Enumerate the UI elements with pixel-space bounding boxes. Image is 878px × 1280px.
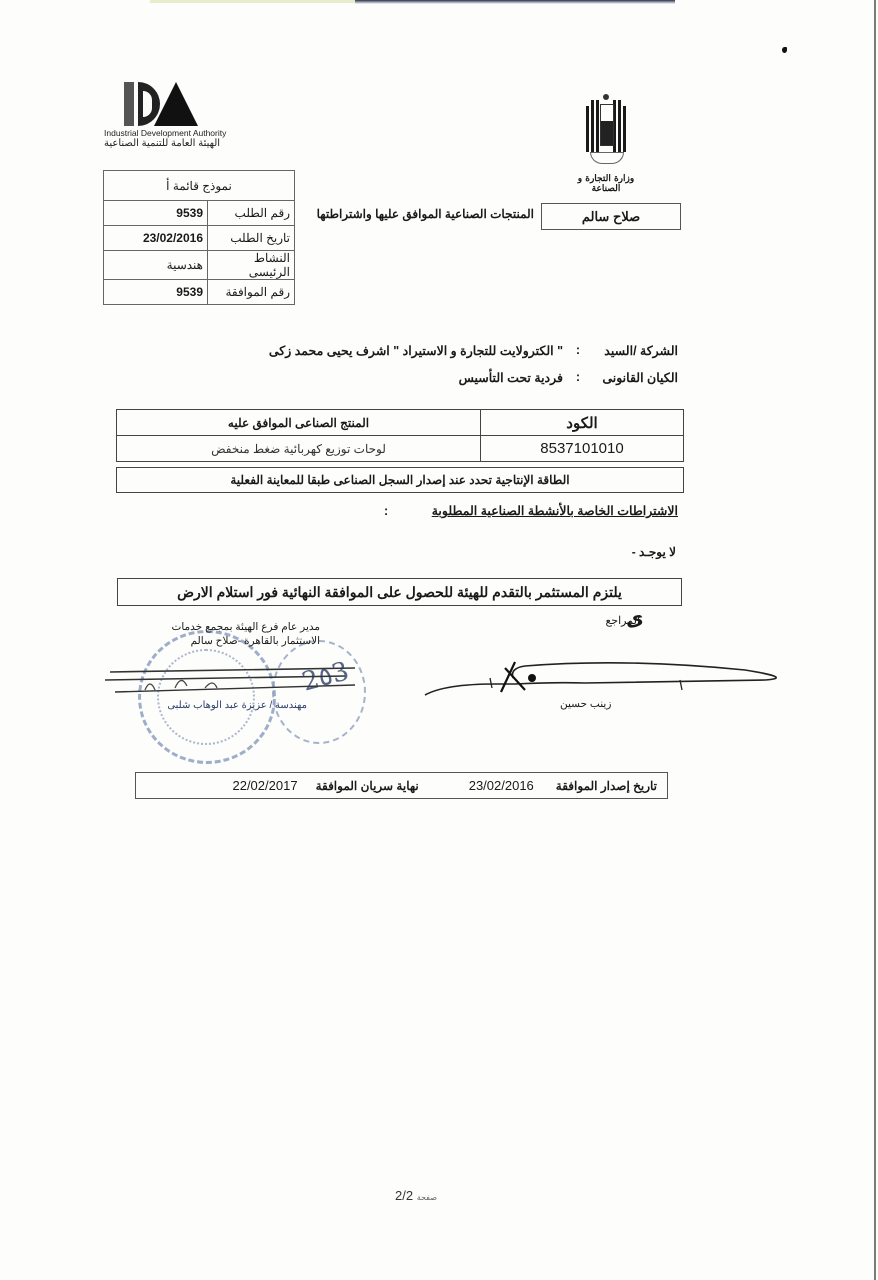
reviewer-name: زينب حسين [560,698,611,710]
company-colon: : [563,343,593,358]
ida-arabic-name: الهيئة العامة للتنمية الصناعية [104,138,229,149]
legal-entity-value: فردية تحت التأسيس [459,370,563,385]
code-header: الكود [481,410,684,436]
table-row: 9539 رقم الموافقة [104,280,295,305]
page-number-value: 2/2 [395,1188,413,1203]
special-conditions-colon: : [384,504,388,518]
form-info-table: نموذج قائمة أ 9539 رقم الطلب 23/02/2016 … [103,170,295,305]
request-date-value: 23/02/2016 [104,226,208,251]
document-heading: المنتجات الصناعية الموافق عليها واشتراطت… [306,207,534,221]
scan-speck [782,47,787,53]
signature-strokes [105,650,785,720]
main-activity-label: النشاط الرئيسى [208,251,295,280]
ministry-name: وزارة التجارة و الصناعة [576,174,636,194]
ministry-emblem: وزارة التجارة و الصناعة [576,86,636,191]
expiry-date-value: 22/02/2017 [232,778,297,793]
page-word: صفحة [417,1193,437,1202]
product-code: 8537101010 [481,436,684,462]
company-value: " الكترولايت للتجارة و الاستيراد " اشرف … [269,343,563,358]
request-number-value: 9539 [104,201,208,226]
expiry-date-label: نهاية سريان الموافقة [316,779,419,793]
issue-date-label: تاريخ إصدار الموافقة [556,779,657,793]
legal-entity-colon: : [563,370,593,385]
branch-name-box: صلاح سالم [541,203,681,230]
form-title: نموذج قائمة أ [104,171,295,201]
obligation-note: يلتزم المستثمر بالتقدم للهيئة للحصول على… [117,578,682,606]
ida-logo: Industrial Development Authority الهيئة … [104,76,234,156]
special-conditions-label: الاشتراطات الخاصة بالأنشطة الصناعية المط… [432,504,678,518]
eagle-icon [584,94,628,168]
request-date-label: تاريخ الطلب [208,226,295,251]
ida-english-name: Industrial Development Authority [104,128,226,138]
legal-entity-row: الكيان القانونى : فردية تحت التأسيس [459,370,678,385]
approval-dates-box: تاريخ إصدار الموافقة 23/02/2016 نهاية سر… [135,772,668,799]
table-row: 23/02/2016 تاريخ الطلب [104,226,295,251]
approval-number-label: رقم الموافقة [208,280,295,305]
company-row: الشركة /السيد : " الكترولايت للتجارة و ا… [269,343,678,358]
approved-products-table: الكود المنتج الصناعى الموافق عليه 853710… [116,409,684,462]
company-label: الشركة /السيد [593,343,678,358]
scan-edge-right [874,0,876,1280]
table-row: هندسية النشاط الرئيسى [104,251,295,280]
page-number: صفحة 2/2 [395,1188,441,1203]
special-conditions: الاشتراطات الخاصة بالأنشطة الصناعية المط… [384,503,678,518]
product-header: المنتج الصناعى الموافق عليه [117,410,481,436]
request-number-label: رقم الطلب [208,201,295,226]
manager-title: مدير عام فرع الهيئة بمجمع خدمات الاستثما… [160,620,320,648]
capacity-note: الطاقة الإنتاجية تحدد عند إصدار السجل ال… [116,467,684,493]
reviewer-label: المراجع [605,614,640,627]
approval-number-value: 9539 [104,280,208,305]
table-row: 9539 رقم الطلب [104,201,295,226]
ida-logo-icon [124,80,198,126]
issue-date-value: 23/02/2016 [469,778,534,793]
scan-edge-top-shadow [355,0,675,4]
table-row: 8537101010 لوحات توزيع كهربائية ضغط منخف… [117,436,684,462]
legal-entity-label: الكيان القانونى [593,370,678,385]
main-activity-value: هندسية [104,251,208,280]
table-header-row: الكود المنتج الصناعى الموافق عليه [117,410,684,436]
product-name: لوحات توزيع كهربائية ضغط منخفض [117,436,481,462]
special-conditions-value: لا يوجـد - [632,545,676,559]
